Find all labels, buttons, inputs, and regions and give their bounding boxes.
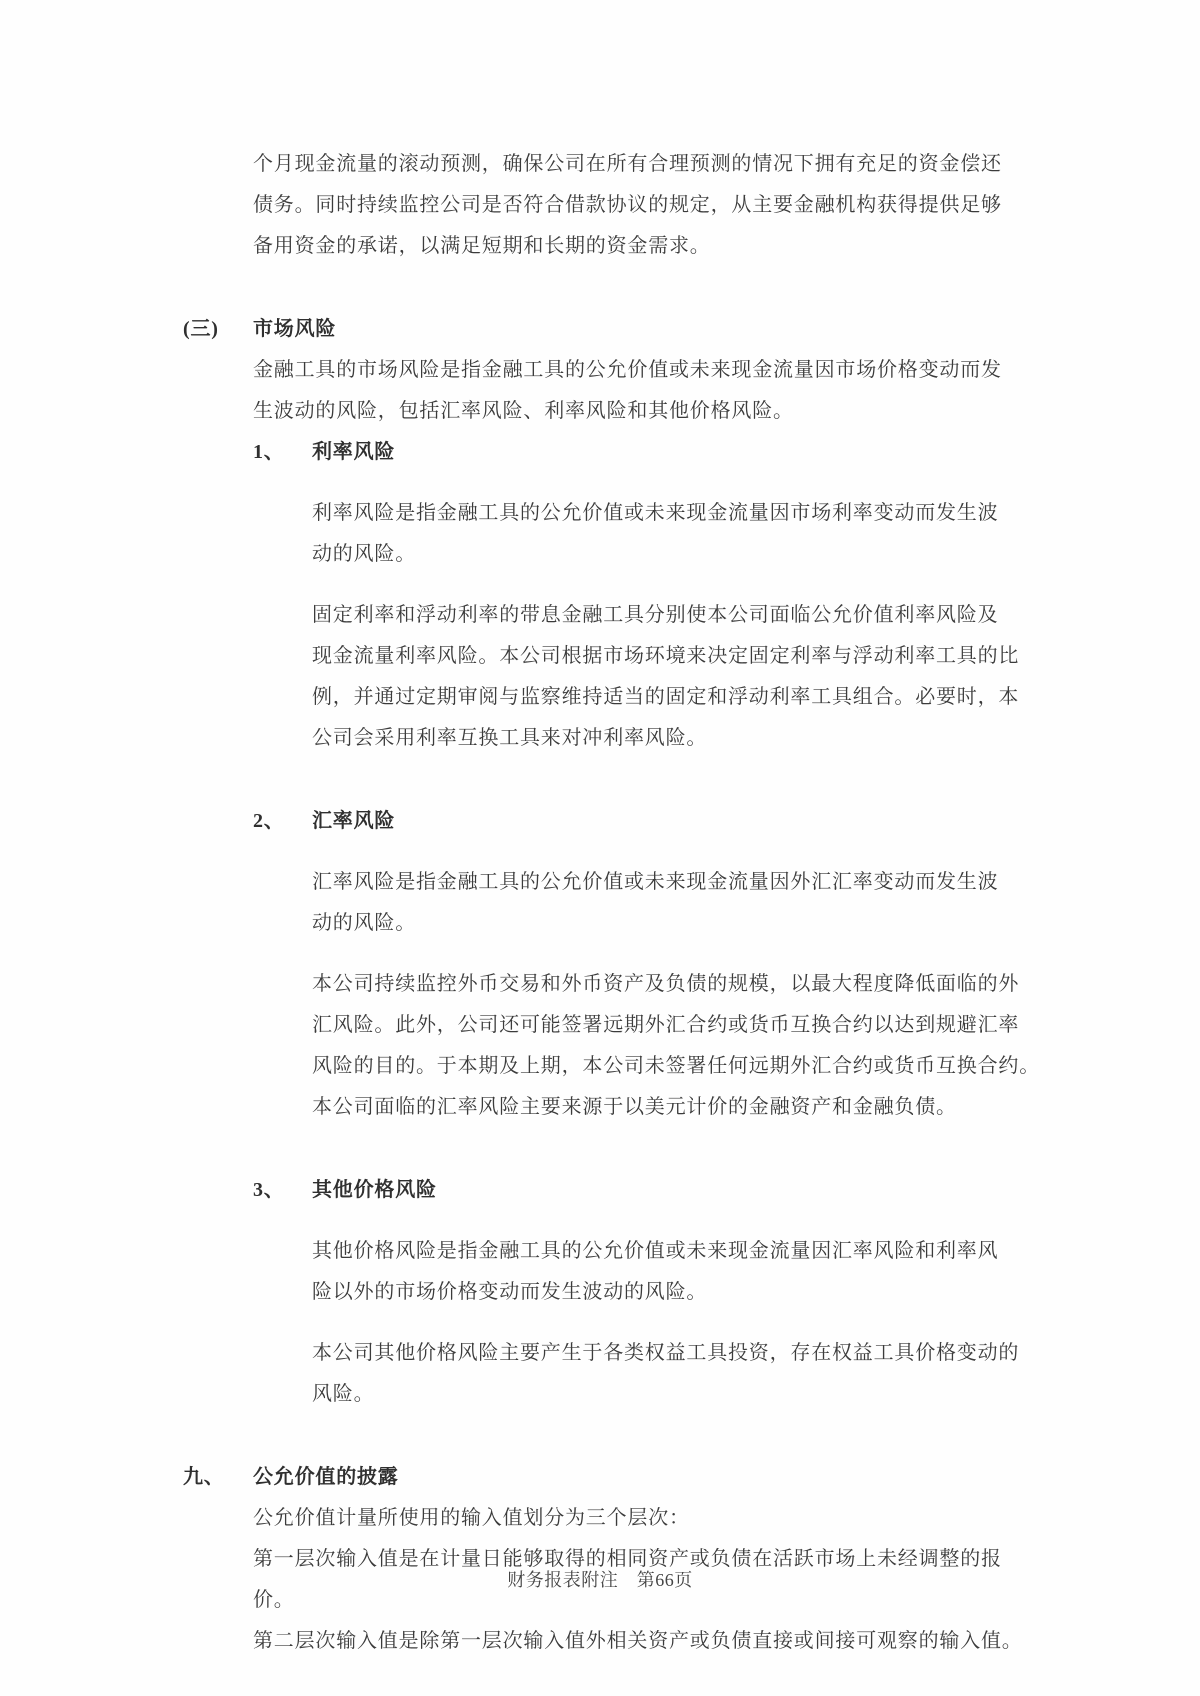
subsection-paragraph: 利率风险是指金融工具的公允价值或未来现金流量因市场利率变动而发生波 动的风险。 bbox=[312, 493, 1054, 575]
fair-value-paragraph: 公允价值计量所使用的输入值划分为三个层次： bbox=[253, 1498, 1035, 1539]
subsection-interest-rate-risk: 1、 利率风险 利率风险是指金融工具的公允价值或未来现金流量因市场利率变动而发生… bbox=[253, 432, 1200, 759]
section-fair-value-heading: 九、 公允价值的披露 bbox=[183, 1457, 1200, 1498]
document-page: 个月现金流量的滚动预测，确保公司在所有合理预测的情况下拥有充足的资金偿还 债务。… bbox=[0, 0, 1200, 1696]
subsection-other-price-risk: 3、 其他价格风险 其他价格风险是指金融工具的公允价值或未来现金流量因汇率风险和… bbox=[253, 1170, 1200, 1415]
section-title: 公允价值的披露 bbox=[253, 1457, 399, 1498]
fair-value-paragraph: 第二层次输入值是除第一层次输入值外相关资产或负债直接或间接可观察的输入值。 bbox=[253, 1621, 1035, 1662]
subsection-paragraph: 本公司其他价格风险主要产生于各类权益工具投资，存在权益工具价格变动的 风险。 bbox=[312, 1333, 1054, 1415]
section-market-risk-body: 金融工具的市场风险是指金融工具的公允价值或未来现金流量因市场价格变动而发 生波动… bbox=[253, 350, 1035, 432]
page-content: 个月现金流量的滚动预测，确保公司在所有合理预测的情况下拥有充足的资金偿还 债务。… bbox=[0, 0, 1200, 1662]
subsection-exchange-rate-risk: 2、 汇率风险 汇率风险是指金融工具的公允价值或未来现金流量因外汇汇率变动而发生… bbox=[253, 801, 1200, 1128]
subsection-number: 2、 bbox=[253, 801, 312, 842]
intro-paragraph: 个月现金流量的滚动预测，确保公司在所有合理预测的情况下拥有充足的资金偿还 债务。… bbox=[253, 144, 1035, 267]
section-number: (三) bbox=[183, 309, 253, 350]
subsection-title: 利率风险 bbox=[312, 432, 395, 473]
section-market-risk: (三) 市场风险 金融工具的市场风险是指金融工具的公允价值或未来现金流量因市场价… bbox=[0, 309, 1200, 1415]
subsection-heading: 1、 利率风险 bbox=[253, 432, 1200, 473]
subsection-number: 1、 bbox=[253, 432, 312, 473]
subsection-paragraph: 其他价格风险是指金融工具的公允价值或未来现金流量因汇率风险和利率风 险以外的市场… bbox=[312, 1231, 1054, 1313]
page-footer: 财务报表附注 第66页 bbox=[0, 1560, 1200, 1601]
subsection-heading: 3、 其他价格风险 bbox=[253, 1170, 1200, 1211]
subsection-title: 其他价格风险 bbox=[312, 1170, 437, 1211]
subsection-paragraph: 固定利率和浮动利率的带息金融工具分别使本公司面临公允价值利率风险及 现金流量利率… bbox=[312, 595, 1054, 759]
subsection-paragraph: 本公司持续监控外币交易和外币资产及负债的规模，以最大程度降低面临的外 汇风险。此… bbox=[312, 964, 1054, 1128]
section-market-risk-heading: (三) 市场风险 bbox=[183, 309, 1200, 350]
subsection-heading: 2、 汇率风险 bbox=[253, 801, 1200, 842]
subsection-title: 汇率风险 bbox=[312, 801, 395, 842]
subsection-paragraph: 汇率风险是指金融工具的公允价值或未来现金流量因外汇汇率变动而发生波 动的风险。 bbox=[312, 862, 1054, 944]
subsection-number: 3、 bbox=[253, 1170, 312, 1211]
section-title: 市场风险 bbox=[253, 309, 336, 350]
section-number: 九、 bbox=[183, 1457, 253, 1498]
